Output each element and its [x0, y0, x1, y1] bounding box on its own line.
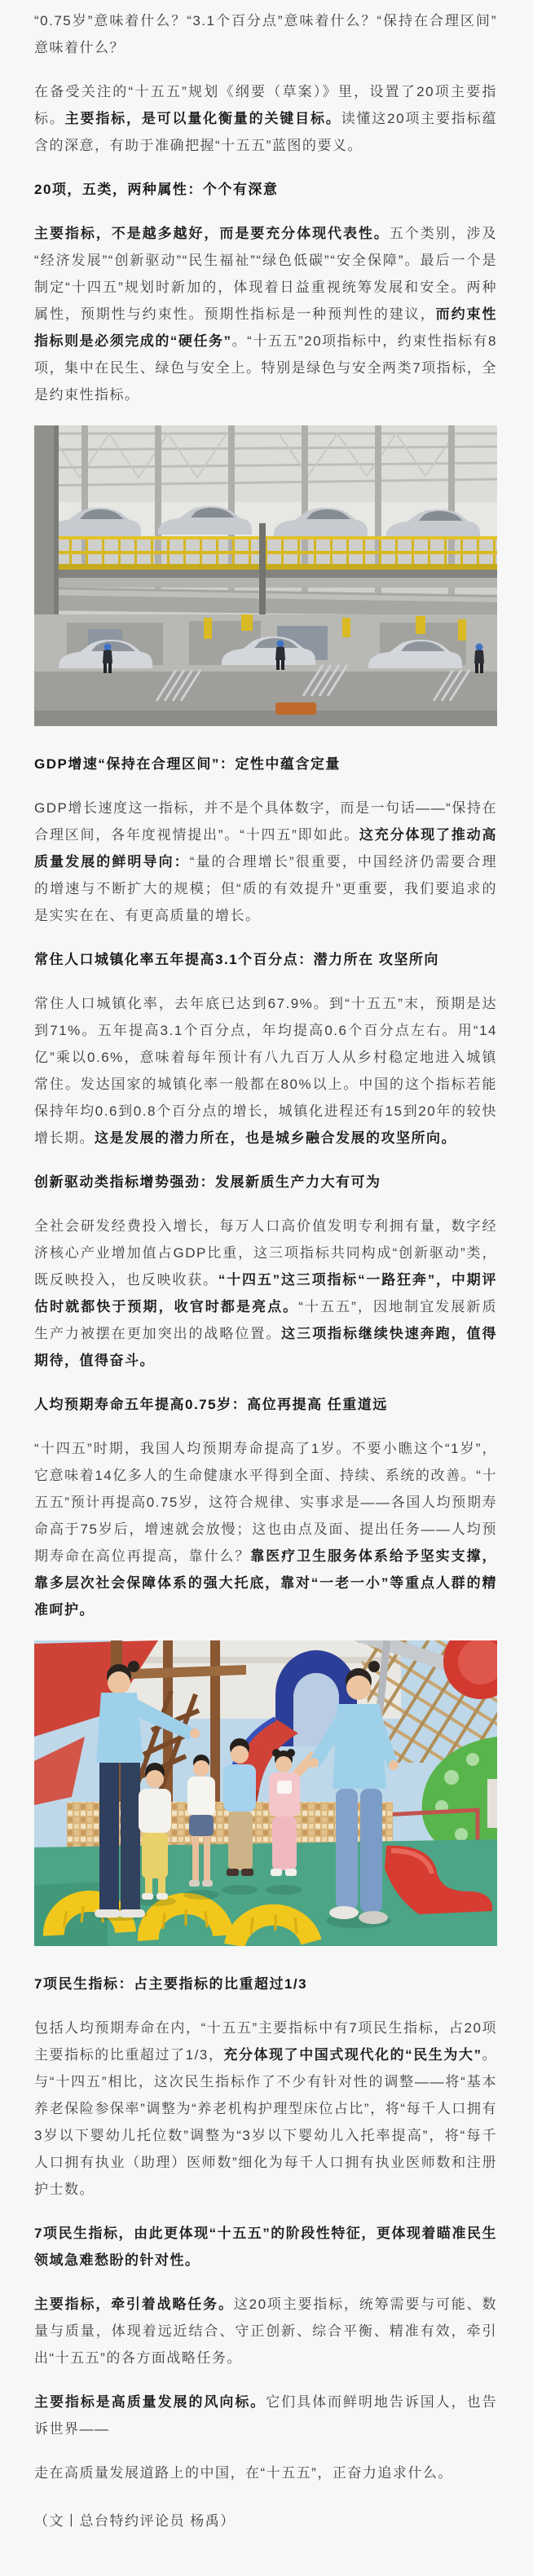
weathervane-paragraph: 主要指标是高质量发展的风向标。它们具体而鲜明地告诉国人，也告诉世界—— — [34, 2389, 497, 2442]
playground-photo-illustration — [34, 1640, 497, 1946]
factory-photo — [34, 425, 497, 726]
section-heading-innovation: 创新驱动类指标增势强劲：发展新质生产力大有可为 — [34, 1169, 497, 1196]
livelihood-bold-1: 充分体现了中国式现代化的“民生为大” — [223, 2047, 482, 2063]
seven-indicators-paragraph: 7项民生指标，由此更体现“十五五”的阶段性特征，更体现着瞄准民生领域急难愁盼的针… — [34, 2220, 497, 2274]
attributes-paragraph: 主要指标，不是越多越好，而是要充分体现代表性。五个类别，涉及“经济发展”“创新驱… — [34, 220, 497, 408]
lead-bold: 主要指标，是可以量化衡量的关键目标。 — [65, 111, 341, 126]
article-body: “0.75岁”意味着什么？“3.1个百分点”意味着什么？“保持在合理区间”意味着… — [34, 7, 497, 2534]
life-reg-1: “十四五”时期，我国人均预期寿命提高了1岁。不要小瞧这个“1岁”，它意味着14亿… — [34, 1441, 497, 1564]
task-bold-1: 主要指标，牵引着战略任务。 — [34, 2296, 234, 2312]
livelihood-paragraph: 包括人均预期寿命在内，“十五五”主要指标中有7项民生指标，占20项主要指标的比重… — [34, 2015, 497, 2203]
factory-photo-illustration — [34, 425, 497, 726]
lead-paragraph: 在备受关注的“十五五”规划《纲要（草案）》里，设置了20项主要指标。主要指标，是… — [34, 78, 497, 159]
urban-bold-1: 这是发展的潜力所在，也是城乡融合发展的攻坚所向。 — [95, 1130, 456, 1146]
section-heading-life-expectancy: 人均预期寿命五年提高0.75岁：高位再提高 任重道远 — [34, 1391, 497, 1418]
innovation-paragraph: 全社会研发经费投入增长，每万人口高价值发明专利拥有量，数字经济核心产业增加值占G… — [34, 1213, 497, 1374]
gdp-paragraph: GDP增长速度这一指标，并不是个具体数字，而是一句话——“保持在合理区间，各年度… — [34, 795, 497, 929]
article-page: “0.75岁”意味着什么？“3.1个百分点”意味着什么？“保持在合理区间”意味着… — [0, 0, 533, 2576]
closing-paragraph: 走在高质量发展道路上的中国，在“十五五”，正奋力追求什么。 — [34, 2459, 497, 2486]
intro-paragraph: “0.75岁”意味着什么？“3.1个百分点”意味着什么？“保持在合理区间”意味着… — [34, 7, 497, 61]
section-heading-gdp: GDP增速“保持在合理区间”：定性中蕴含定量 — [34, 751, 497, 777]
intro-text: “0.75岁”意味着什么？“3.1个百分点”意味着什么？“保持在合理区间”意味着… — [34, 13, 497, 55]
closing-text: 走在高质量发展道路上的中国，在“十五五”，正奋力追求什么。 — [34, 2465, 453, 2481]
section-heading-overview: 20项，五类，两种属性：个个有深意 — [34, 176, 497, 203]
life-expectancy-paragraph: “十四五”时期，我国人均预期寿命提高了1岁。不要小瞧这个“1岁”，它意味着14亿… — [34, 1435, 497, 1623]
seven-indicators-text: 7项民生指标，由此更体现“十五五”的阶段性特征，更体现着瞄准民生领域急难愁盼的针… — [34, 2226, 497, 2268]
section-heading-livelihood: 7项民生指标：占主要指标的比重超过1/3 — [34, 1971, 497, 1997]
livelihood-reg-2: 。与“十四五”相比，这次民生指标作了不少有针对性的调整——将“基本养老保险参保率… — [34, 2047, 497, 2197]
attributes-bold-1: 主要指标，不是越多越好，而是要充分体现代表性。 — [34, 226, 390, 241]
playground-photo — [34, 1640, 497, 1946]
urbanization-paragraph: 常住人口城镇化率，去年底已达到67.9%。到“十五五”末，预期是达到71%。五年… — [34, 990, 497, 1151]
byline: （文丨总台特约评论员 杨禹） — [34, 2508, 497, 2534]
strategic-task-paragraph: 主要指标，牵引着战略任务。这20项主要指标，统筹需要与可能、数量与质量，体现着远… — [34, 2291, 497, 2371]
vane-bold-1: 主要指标是高质量发展的风向标。 — [34, 2394, 266, 2410]
byline-text: （文丨总台特约评论员 杨禹） — [34, 2513, 236, 2529]
section-heading-urbanization: 常住人口城镇化率五年提高3.1个百分点：潜力所在 攻坚所向 — [34, 946, 497, 973]
urban-reg-1: 常住人口城镇化率，去年底已达到67.9%。到“十五五”末，预期是达到71%。五年… — [34, 996, 497, 1146]
